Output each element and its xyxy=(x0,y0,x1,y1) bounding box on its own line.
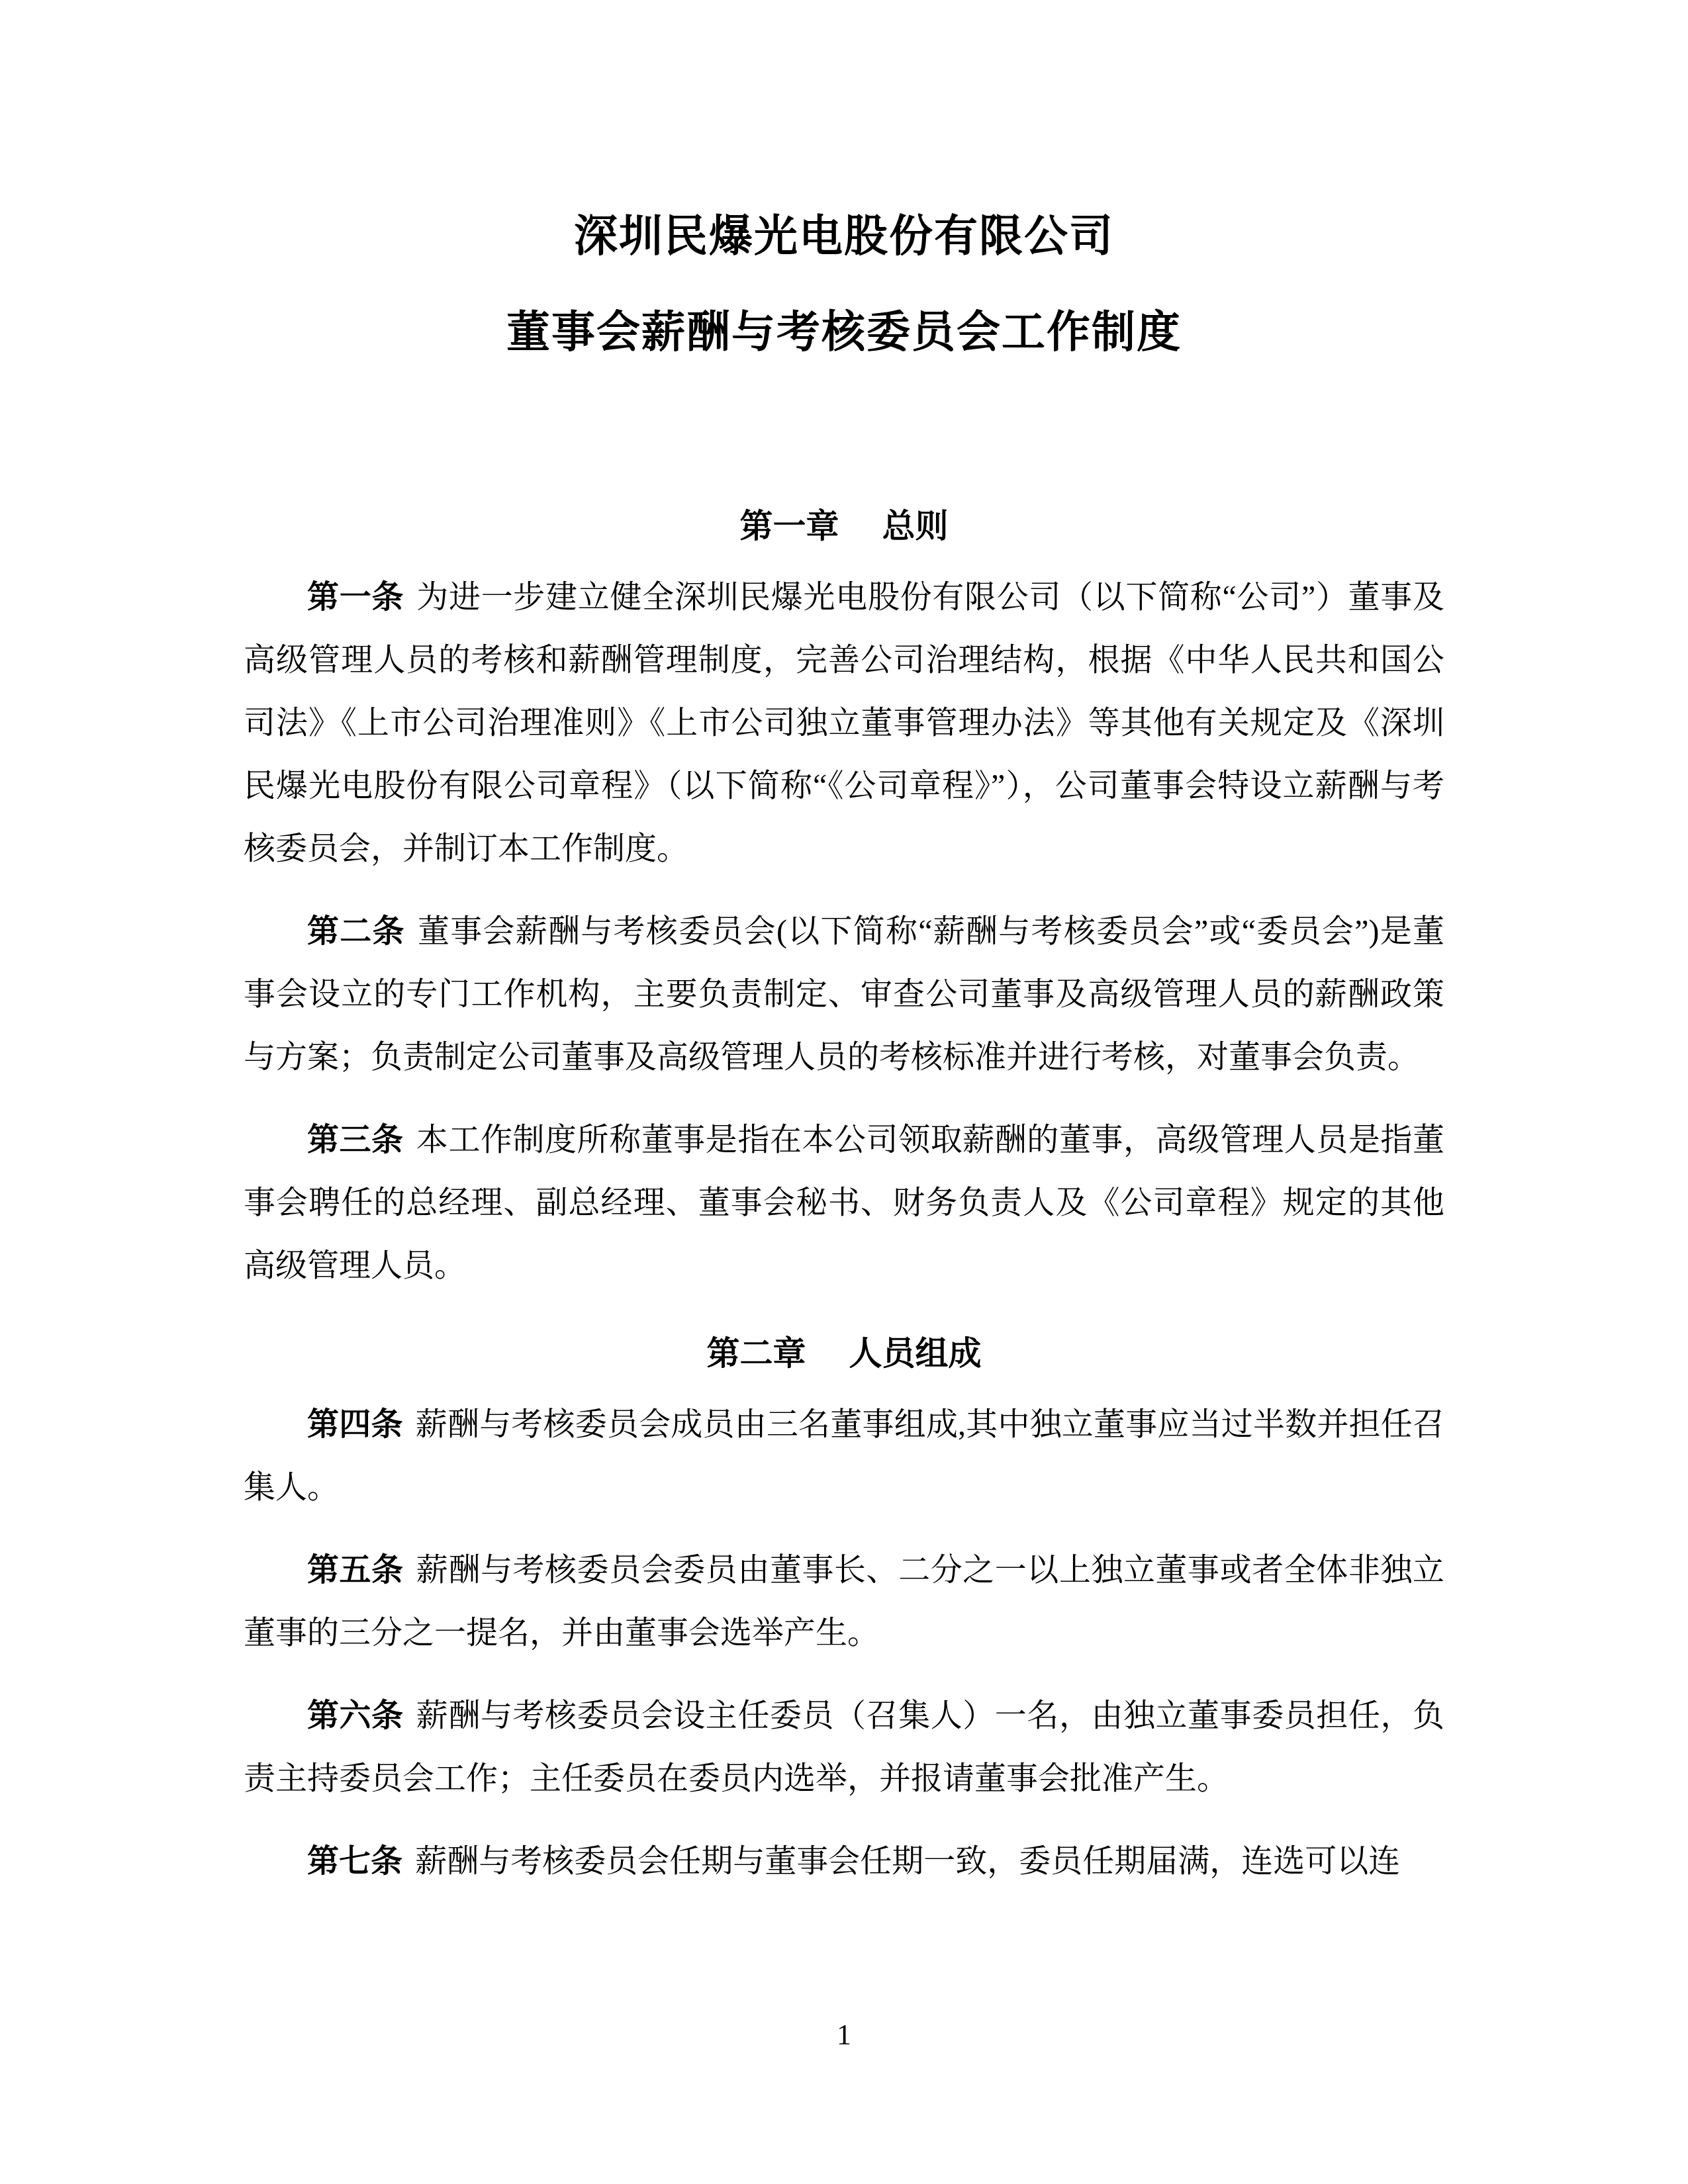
article-3-label: 第三条 xyxy=(307,1122,404,1158)
article-2-label: 第二条 xyxy=(307,914,405,949)
article-1: 第一条为进一步建立健全深圳民爆光电股份有限公司（以下简称“公司”）董事及高级管理… xyxy=(244,566,1444,880)
article-2-text: 董事会薪酬与考核委员会(以下简称“薪酬与考核委员会”或“委员会”)是董事会设立的… xyxy=(244,914,1444,1075)
article-4: 第四条薪酬与考核委员会成员由三名董事组成,其中独立董事应当过半数并担任召集人。 xyxy=(244,1393,1444,1519)
article-7: 第七条薪酬与考核委员会任期与董事会任期一致，委员任期届满，连选可以连 xyxy=(244,1830,1444,1893)
article-1-label: 第一条 xyxy=(307,580,404,615)
article-5-label: 第五条 xyxy=(307,1553,404,1588)
article-6: 第六条薪酬与考核委员会设主任委员（召集人）一名，由独立董事委员担任，负责主持委员… xyxy=(244,1684,1444,1810)
article-5: 第五条薪酬与考核委员会委员由董事长、二分之一以上独立董事或者全体非独立董事的三分… xyxy=(244,1539,1444,1664)
article-6-text: 薪酬与考核委员会设主任委员（召集人）一名，由独立董事委员担任，负责主持委员会工作… xyxy=(244,1698,1444,1796)
chapter-2-number: 第二章 xyxy=(707,1335,806,1372)
document-title-line1: 深圳民爆光电股份有限公司 xyxy=(244,210,1444,263)
article-3-text: 本工作制度所称董事是指在本公司领取薪酬的董事，高级管理人员是指董事会聘任的总经理… xyxy=(244,1122,1444,1283)
article-7-text: 薪酬与考核委员会任期与董事会任期一致，委员任期届满，连选可以连 xyxy=(415,1844,1400,1879)
article-4-text: 薪酬与考核委员会成员由三名董事组成,其中独立董事应当过半数并担任召集人。 xyxy=(244,1407,1444,1505)
page-number: 1 xyxy=(0,2017,1688,2053)
article-4-label: 第四条 xyxy=(307,1407,403,1442)
article-6-label: 第六条 xyxy=(307,1698,404,1733)
chapter-2-heading: 第二章人员组成 xyxy=(244,1334,1444,1373)
article-3: 第三条本工作制度所称董事是指在本公司领取薪酬的董事，高级管理人员是指董事会聘任的… xyxy=(244,1109,1444,1297)
document-page: 深圳民爆光电股份有限公司 董事会薪酬与考核委员会工作制度 第一章总则 第一条为进… xyxy=(0,0,1688,2184)
article-1-text: 为进一步建立健全深圳民爆光电股份有限公司（以下简称“公司”）董事及高级管理人员的… xyxy=(244,580,1444,866)
chapter-1-title: 总则 xyxy=(882,508,949,545)
document-title-line2: 董事会薪酬与考核委员会工作制度 xyxy=(244,306,1444,359)
article-7-label: 第七条 xyxy=(307,1844,402,1879)
article-2: 第二条董事会薪酬与考核委员会(以下简称“薪酬与考核委员会”或“委员会”)是董事会… xyxy=(244,900,1444,1089)
article-5-text: 薪酬与考核委员会委员由董事长、二分之一以上独立董事或者全体非独立董事的三分之一提… xyxy=(244,1553,1444,1651)
chapter-1-heading: 第一章总则 xyxy=(244,506,1444,546)
chapter-1-number: 第一章 xyxy=(740,508,839,545)
chapter-2-title: 人员组成 xyxy=(849,1335,982,1372)
